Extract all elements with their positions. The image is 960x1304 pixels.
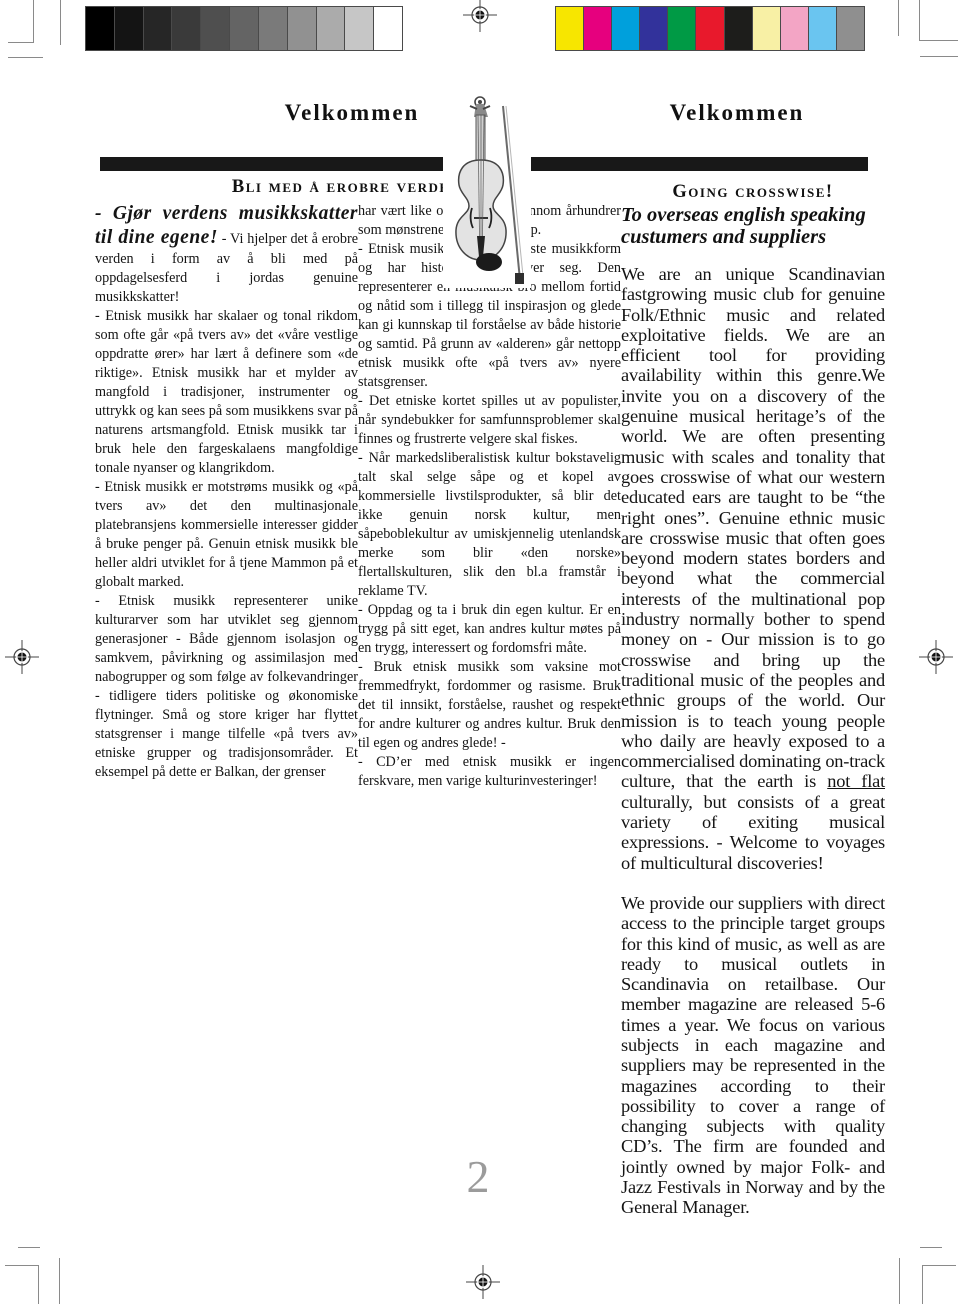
paragraph: - Etnisk musikk representerer unike kult… — [95, 592, 358, 782]
paragraph: - Oppdag og ta i bruk din egen kultur. E… — [358, 601, 621, 658]
page-number: 2 — [378, 1150, 578, 1203]
paragraph: We provide our suppliers with direct acc… — [621, 893, 885, 1218]
crop-mark — [899, 1258, 900, 1304]
color-swatch — [584, 7, 612, 50]
gray-swatch — [230, 7, 259, 50]
paragraph: - Etnisk musikk er motstrøms musikk og «… — [95, 478, 358, 592]
crop-mark — [922, 1265, 923, 1304]
gray-swatch — [374, 7, 402, 50]
crop-mark — [18, 1247, 40, 1248]
crop-mark — [8, 57, 43, 58]
gray-swatch — [288, 7, 317, 50]
english-subheading: To overseas english speaking custumers a… — [621, 205, 885, 248]
crop-mark — [33, 0, 34, 42]
paragraph: - Det etniske kortet spilles ut av popul… — [358, 392, 621, 449]
crop-mark — [38, 1265, 39, 1304]
color-swatch — [696, 7, 724, 50]
color-swatch — [668, 7, 696, 50]
crop-mark — [920, 1247, 942, 1248]
grayscale-calibration-bar — [85, 6, 403, 51]
english-para1-before: We are an unique Scandinavian fastgrowin… — [621, 264, 885, 791]
color-swatch — [809, 7, 837, 50]
registration-mark-icon — [919, 640, 953, 674]
masthead-left: Velkommen — [232, 100, 472, 126]
crop-mark — [919, 40, 958, 41]
color-swatch — [725, 7, 753, 50]
gray-swatch — [259, 7, 288, 50]
paragraph: - Når markedsliberalistisk kultur boksta… — [358, 449, 621, 601]
crop-mark — [919, 0, 920, 40]
color-swatch — [556, 7, 584, 50]
registration-mark-icon — [463, 0, 497, 32]
violin-icon — [443, 90, 531, 288]
color-swatch — [640, 7, 668, 50]
paragraph: - Bruk etnisk musikk som vaksine mot fre… — [358, 658, 621, 753]
color-swatch — [612, 7, 640, 50]
column-norwegian-middle: har vært like omskiftelige gjennom århun… — [358, 202, 621, 791]
crop-mark — [59, 1258, 60, 1304]
registration-mark-icon — [466, 1265, 500, 1299]
english-para1-underlined: not flat — [827, 771, 885, 791]
gray-swatch — [144, 7, 173, 50]
paragraph: - CD’er med etnisk musikk er ingen fersk… — [358, 753, 621, 791]
gray-swatch — [345, 7, 374, 50]
crop-mark — [60, 0, 61, 45]
registration-mark-icon — [5, 640, 39, 674]
gray-swatch — [86, 7, 115, 50]
crop-mark — [922, 1265, 956, 1266]
color-swatch — [753, 7, 781, 50]
crop-mark — [5, 1265, 39, 1266]
masthead-right: Velkommen — [617, 100, 857, 126]
color-swatch — [781, 7, 809, 50]
color-calibration-bar — [555, 6, 865, 51]
paragraph-lead: - Gjør verdens musikkskatter til dine eg… — [95, 202, 358, 307]
english-section-heading: Going crosswise! — [621, 182, 885, 203]
crop-mark — [920, 56, 958, 57]
gray-swatch — [317, 7, 346, 50]
paragraph: We are an unique Scandinavian fastgrowin… — [621, 264, 885, 873]
paragraph: - Etnisk musikk har skalaer og tonal rik… — [95, 307, 358, 478]
column-norwegian-left: - Gjør verdens musikkskatter til dine eg… — [95, 202, 358, 782]
gray-swatch — [115, 7, 144, 50]
gray-swatch — [172, 7, 201, 50]
violin-illustration — [443, 90, 531, 288]
scanned-magazine-page: { "page": { "number": "2" }, "header": {… — [0, 0, 960, 1304]
color-swatch — [837, 7, 864, 50]
column-english: Going crosswise! To overseas english spe… — [621, 182, 885, 1218]
crop-mark — [898, 0, 899, 36]
english-para1-after: culturally, but consists of a great vari… — [621, 792, 885, 873]
gray-swatch — [201, 7, 230, 50]
crop-mark — [8, 42, 34, 43]
